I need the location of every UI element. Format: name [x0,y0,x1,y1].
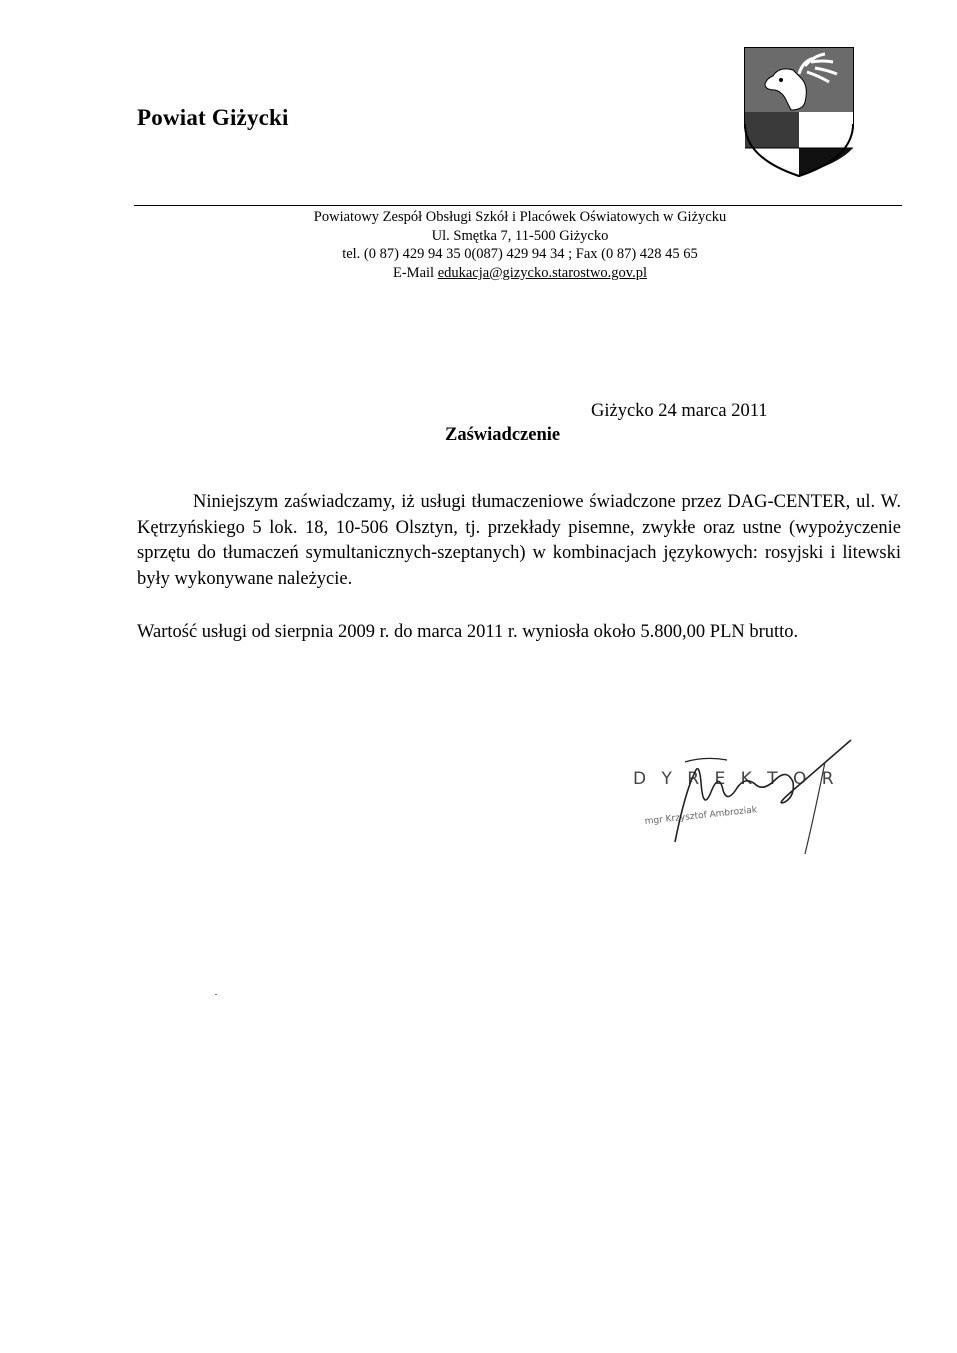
certificate-body-text: Niniejszym zaświadczamy, iż usługi tłuma… [137,492,901,589]
document-title: Zaświadczenie [445,425,560,446]
institution-address: Ul. Smętka 7, 11-500 Giżycko [0,227,957,246]
institution-email-line: E-Mail edukacja@gizycko.starostwo.gov.pl [0,264,957,283]
stamp-title: D Y R E K T O R [633,769,839,789]
deer-head-coat-of-arms-icon [743,46,855,178]
letterhead-contact: Powiatowy Zespół Obsługi Szkół i Placówe… [0,208,957,282]
certificate-body: Niniejszym zaświadczamy, iż usługi tłuma… [137,490,901,592]
handwritten-signature-icon: D Y R E K T O R mgr Krzysztof Ambroziak [615,732,865,857]
header-divider [134,205,902,206]
place-and-date: Giżycko 24 marca 2011 [591,401,768,422]
institution-name: Powiatowy Zespół Obsługi Szkół i Placówe… [0,208,957,227]
organization-name: Powiat Giżycki [137,105,289,131]
email-label: E-Mail [393,265,438,281]
service-value-statement: Wartość usługi od sierpnia 2009 r. do ma… [137,622,798,643]
email-link[interactable]: edukacja@gizycko.starostwo.gov.pl [438,265,647,281]
institution-phones: tel. (0 87) 429 94 35 0(087) 429 94 34 ;… [0,245,957,264]
stamp-name: mgr Krzysztof Ambroziak [644,805,758,827]
scan-speck [215,994,217,995]
